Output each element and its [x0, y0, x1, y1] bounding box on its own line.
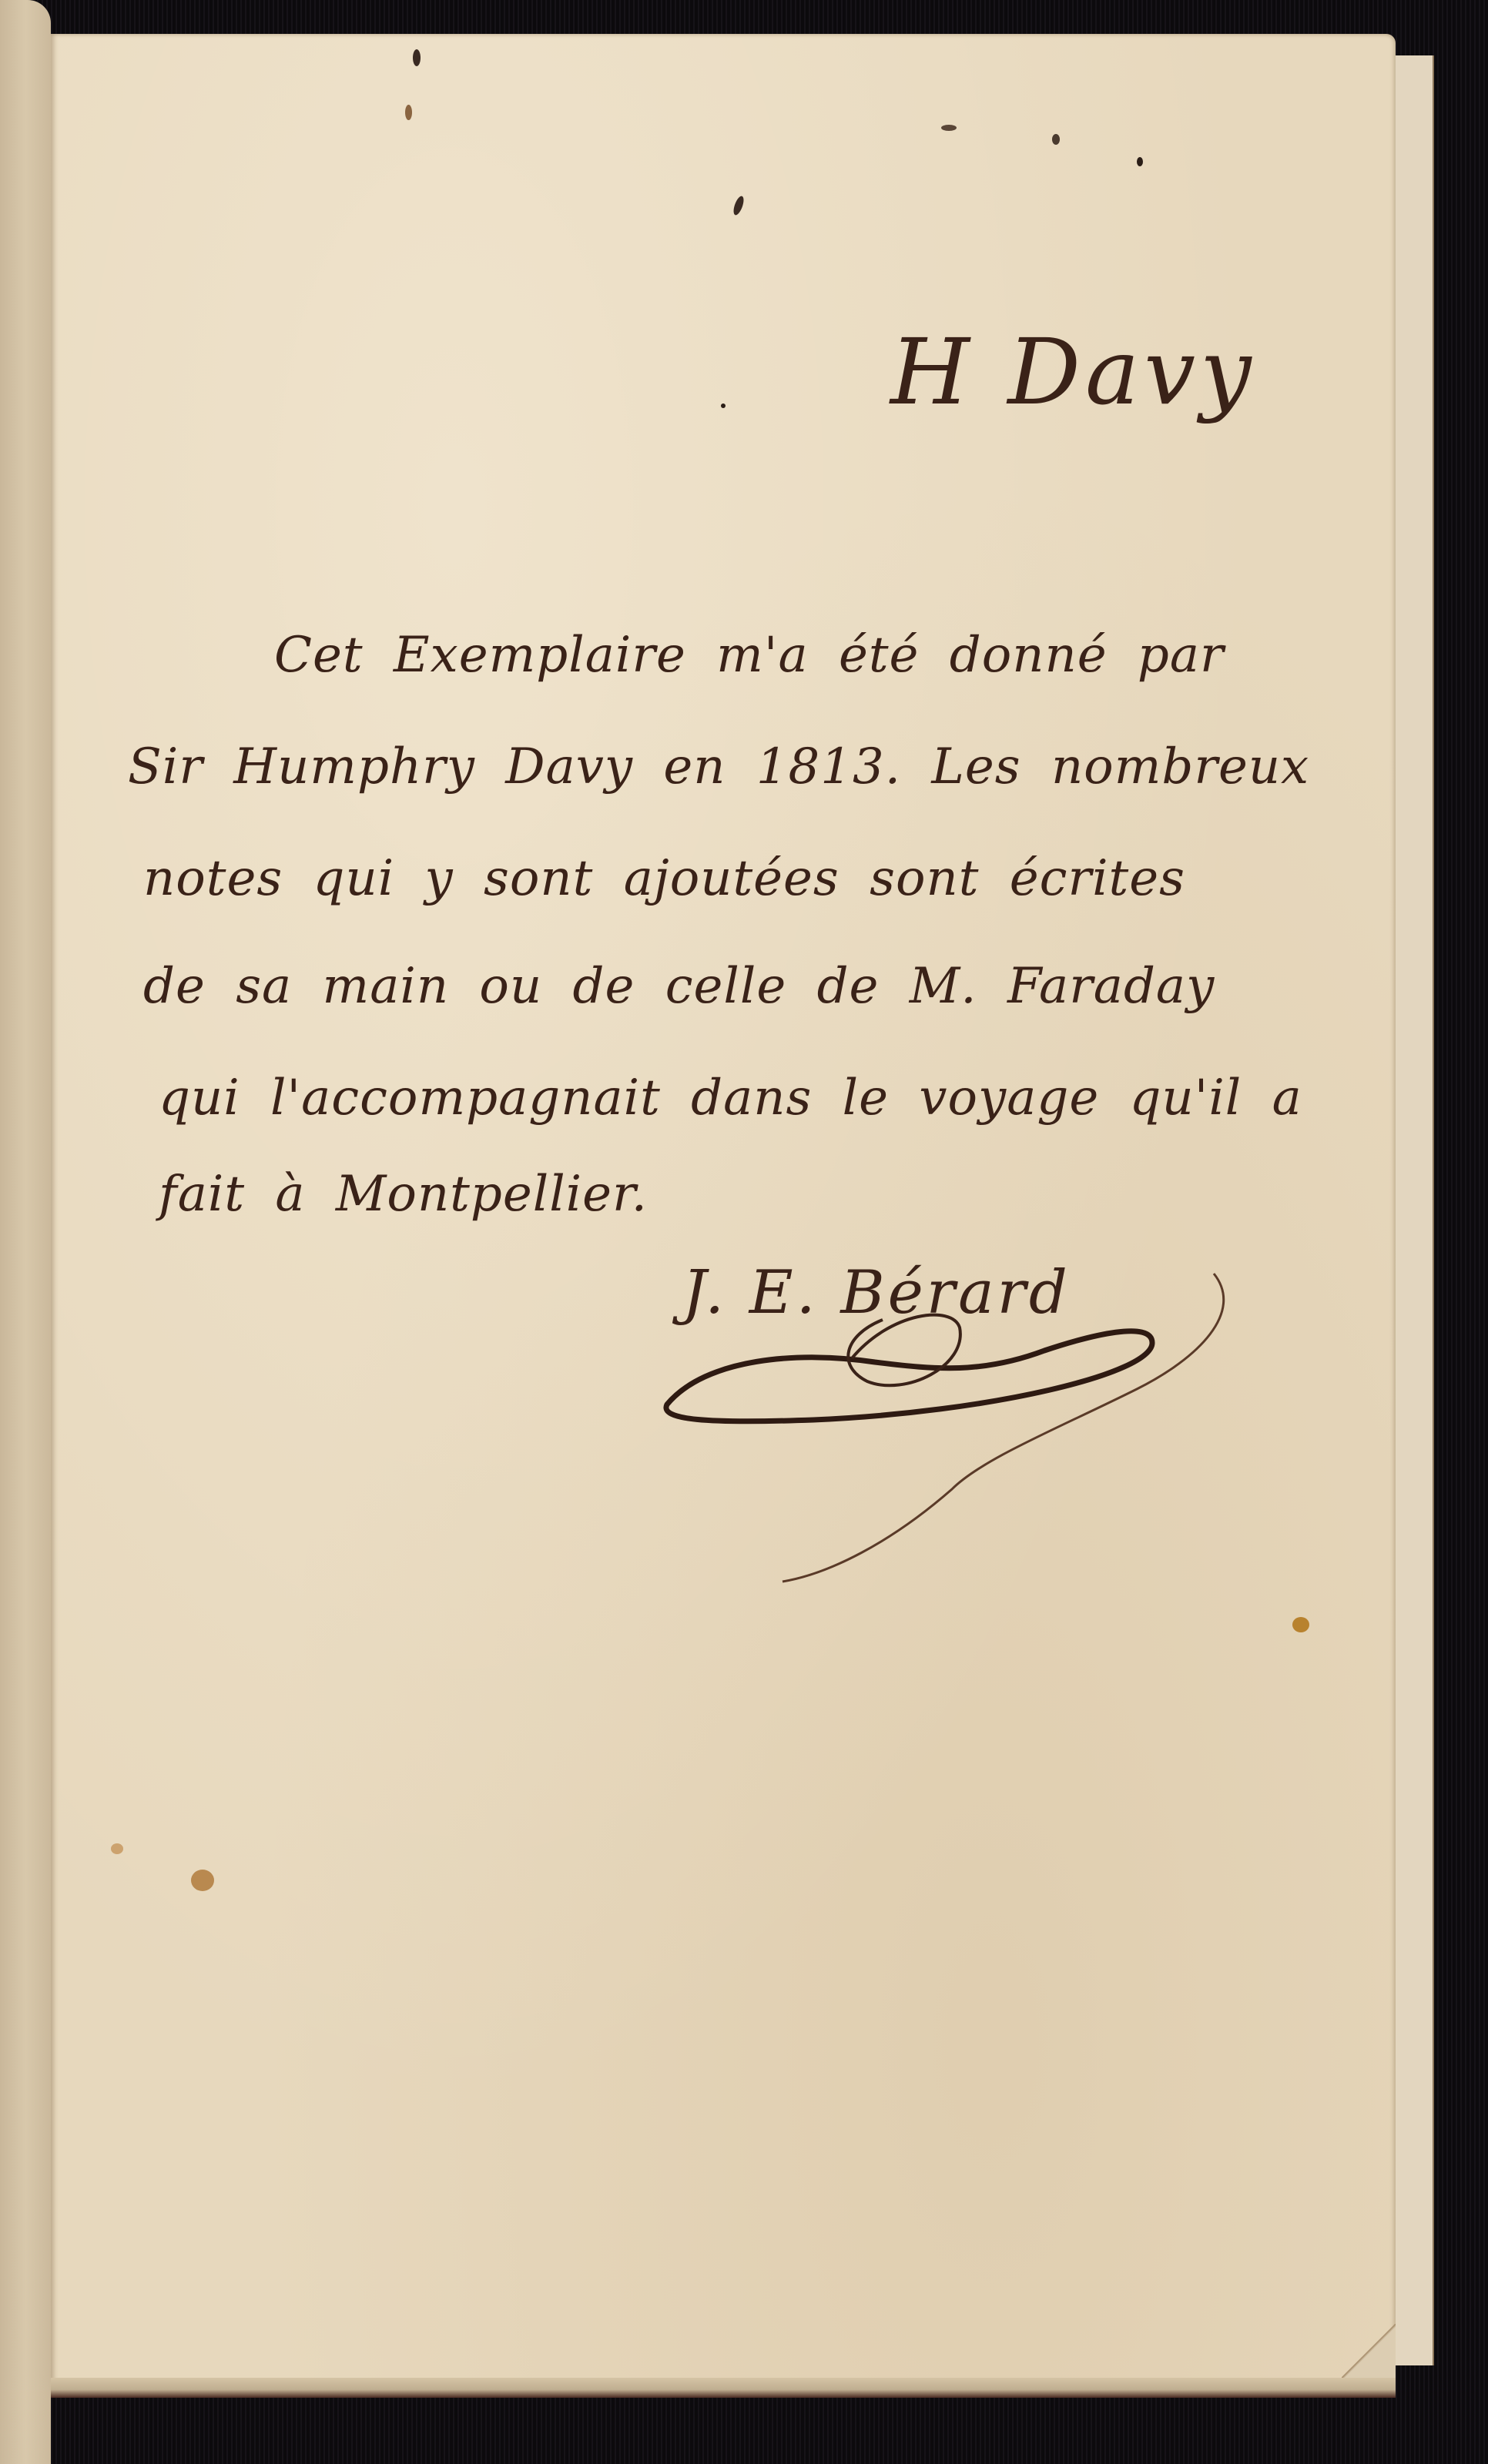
ink-speck	[721, 403, 726, 408]
signature-flourish	[659, 1266, 1245, 1589]
folded-corner	[1342, 2324, 1396, 2378]
inscription-line-6: fait à Montpellier.	[159, 1166, 648, 1223]
foxing-spot	[191, 1870, 214, 1891]
facing-page-edge	[0, 0, 51, 2464]
inscription-line-3: notes qui y sont ajoutées sont écrites	[143, 850, 1185, 907]
page-bottom-edge	[51, 2378, 1396, 2398]
ink-speck	[941, 125, 957, 131]
ink-speck	[405, 105, 412, 120]
ink-speck	[732, 195, 746, 216]
manuscript-page: H Davy Cet Exemplaire m'a été donné par …	[51, 34, 1396, 2398]
inscription-line-2: Sir Humphry Davy en 1813. Les nombreux	[128, 738, 1309, 795]
back-page-edge	[1394, 55, 1434, 2365]
ink-speck	[1052, 134, 1060, 145]
inscription-line-1: Cet Exemplaire m'a été donné par	[274, 627, 1225, 684]
heading-signature-davy: H Davy	[890, 319, 1256, 425]
foxing-spot	[1292, 1617, 1309, 1632]
inscription-line-4: de sa main ou de celle de M. Faraday	[143, 958, 1215, 1015]
inscription-line-5: qui l'accompagnait dans le voyage qu'il …	[159, 1070, 1302, 1127]
ink-speck	[1137, 157, 1143, 166]
ink-speck	[413, 49, 421, 66]
foxing-spot	[111, 1843, 123, 1854]
